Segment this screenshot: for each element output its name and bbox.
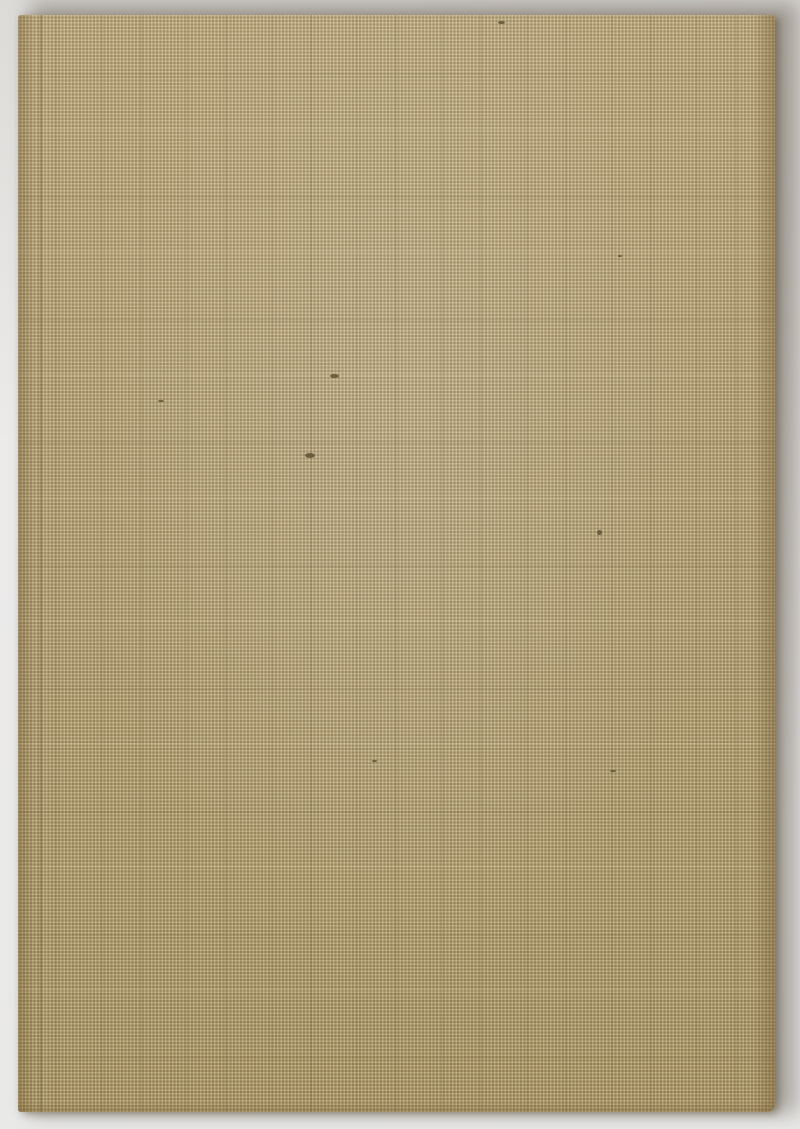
spine-edge (18, 15, 36, 1112)
cloth-speck (372, 760, 377, 762)
cloth-speck (610, 770, 616, 772)
cloth-speck (158, 400, 164, 402)
book-cover (18, 15, 775, 1112)
hinge-groove (38, 15, 46, 1112)
cloth-speck (305, 453, 315, 458)
cloth-speck (498, 21, 505, 24)
bottom-edge-shading (18, 1102, 775, 1112)
fore-edge-shading (753, 15, 775, 1112)
cloth-speck (618, 255, 622, 257)
linen-slubs-horizontal (18, 15, 775, 1112)
cloth-speck (330, 374, 339, 378)
cloth-speck (597, 530, 602, 535)
